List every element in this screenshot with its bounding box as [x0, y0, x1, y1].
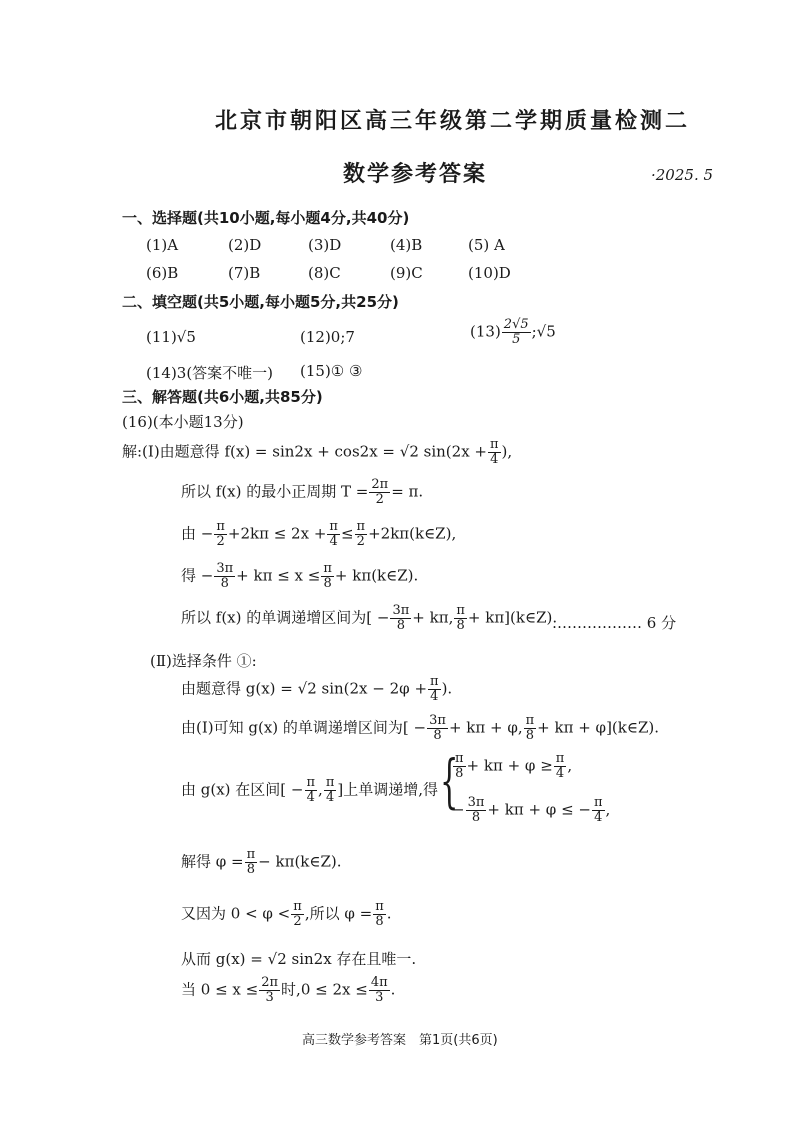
answer-13-suffix: ;√5 [532, 323, 556, 341]
section-heading-fill: 二、填空题(共5小题,每小题5分,共25分) [122, 291, 399, 312]
answer-2: (2)D [228, 236, 261, 254]
solution-line-9: 解得 φ =π8− kπ(k∈Z). [181, 848, 342, 877]
solution-line-12: 当 0 ≤ x ≤2π3时,0 ≤ 2x ≤4π3. [181, 976, 395, 1005]
answer-13: (13)2√55;√5 [470, 318, 556, 347]
system-line-2: −3π8+ kπ + φ ≤ −π4, [452, 796, 610, 825]
document-date: ·2025. 5 [651, 166, 713, 184]
answer-14: (14)3(答案不唯一) [146, 362, 273, 383]
solution-line-7: 由(Ⅰ)可知 g(x) 的单调递增区间为[ −3π8+ kπ + φ,π8+ k… [181, 714, 659, 743]
solution-line-5: 所以 f(x) 的单调递增区间为[ −3π8+ kπ,π8+ kπ](k∈Z). [181, 604, 557, 633]
answer-15: (15)① ③ [300, 362, 362, 380]
answer-7: (7)B [228, 264, 260, 282]
solution-line-11: 从而 g(x) = √2 sin2x 存在且唯一. [181, 948, 416, 969]
answer-8: (8)C [308, 264, 341, 282]
section-heading-solve: 三、解答题(共6小题,共85分) [122, 386, 323, 407]
answer-6: (6)B [146, 264, 178, 282]
answer-5: (5) A [468, 236, 505, 254]
solution-line-8: 由 g(x) 在区间[ −π4,π4]上单调递增,得 [181, 776, 438, 805]
answer-12: (12)0;7 [300, 328, 355, 346]
answer-11: (11)√5 [146, 328, 196, 346]
section-heading-choice: 一、选择题(共10小题,每小题4分,共40分) [122, 207, 409, 228]
document-subtitle: 数学参考答案 [343, 157, 487, 188]
solution-line-1: 解:(Ⅰ)由题意得 f(x) = sin2x + cos2x = √2 sin(… [122, 438, 512, 467]
answer-10: (10)D [468, 264, 511, 282]
page-footer: 高三数学参考答案 第1页(共6页) [302, 1029, 498, 1048]
solution-line-10: 又因为 0 < φ <π2,所以 φ =π8. [181, 900, 392, 929]
answer-13-label: (13) [470, 323, 501, 341]
answer-9: (9)C [390, 264, 423, 282]
solution-line-2: 所以 f(x) 的最小正周期 T =2π2= π. [181, 478, 423, 507]
answer-1: (1)A [146, 236, 178, 254]
score-6: ……………… 6 分 [552, 612, 676, 633]
document-title: 北京市朝阳区高三年级第二学期质量检测二 [215, 104, 690, 135]
answer-4: (4)B [390, 236, 422, 254]
part-2-heading: (Ⅱ)选择条件 ①: [150, 650, 257, 671]
solution-line-3: 由 −π2+2kπ ≤ 2x +π4≤π2+2kπ(k∈Z), [181, 520, 456, 549]
solution-line-4: 得 −3π8+ kπ ≤ x ≤π8+ kπ(k∈Z). [181, 562, 418, 591]
question-16-heading: (16)(本小题13分) [122, 411, 244, 432]
system-line-1: π8+ kπ + φ ≥π4, [452, 752, 572, 781]
answer-3: (3)D [308, 236, 341, 254]
solution-line-6: 由题意得 g(x) = √2 sin(2x − 2φ +π4). [181, 675, 452, 704]
